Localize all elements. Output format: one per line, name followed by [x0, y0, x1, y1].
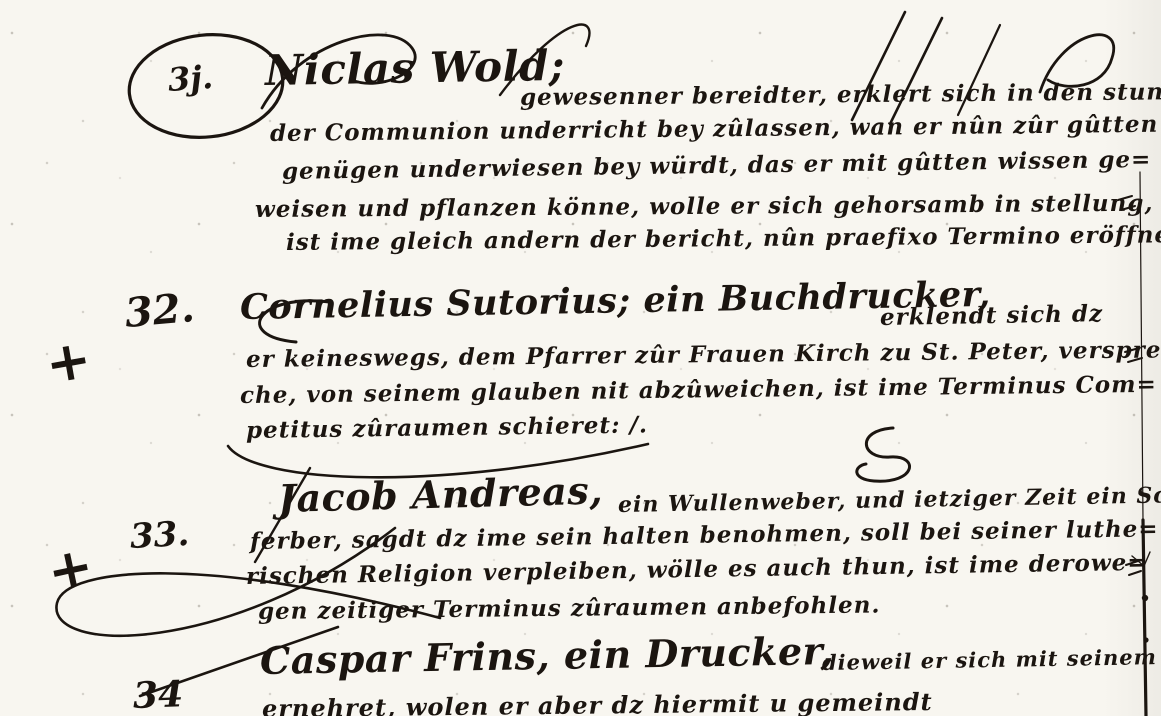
entry-34-line-1: dieweil er sich mit seinem Handwerck — [822, 644, 1161, 673]
entry-34-name: Caspar Frins, ein Drucker, — [260, 632, 835, 680]
entry-33-line-2: ferber, sagdt dz ime sein halten benohme… — [250, 517, 1159, 553]
flourish-glyph-8 — [857, 428, 910, 481]
entry-31-line-4: weisen und pflanzen könne, wolle er sich… — [255, 192, 1154, 221]
manuscript-page: 3j. Niclas Wold; gewesenner bereidter, e… — [0, 0, 1161, 716]
entry-33-name: Jacob Andreas, — [278, 471, 604, 517]
entry-32-line-2: er keineswegs, dem Pfarrer zûr Frauen Ki… — [246, 338, 1161, 371]
flourish-slash-31b — [890, 18, 942, 124]
entry-31-line-5: ist ime gleich andern der bericht, nûn p… — [286, 223, 1161, 254]
entry-33-line-3: rischen Religion verpleiben, wölle es au… — [246, 551, 1148, 588]
entry-33-line-4: gen zeitiger Terminus zûraumen anbefohle… — [258, 593, 881, 623]
entry-32-line-1: erklendt sich dz — [880, 302, 1103, 329]
entry-31-line-1: gewesenner bereidter, erklert sich in de… — [520, 79, 1161, 109]
entry-32-line-3: che, von seinem glauben nit abzûweichen,… — [240, 373, 1157, 407]
entry-34-number: 34 — [132, 676, 183, 714]
entry-31-line-2: der Communion underricht bey zûlassen, w… — [270, 113, 1159, 145]
entry-34-line-2: ernehret, wolen er aber dz hiermit u gem… — [262, 690, 933, 716]
crease-ink-blob-2 — [1143, 637, 1148, 642]
crease-ink-blob-1 — [1142, 595, 1148, 601]
entry-33-margin-cross: + — [42, 537, 97, 599]
entry-32-line-4: petitus zûraumen schieret: /. — [246, 413, 648, 442]
entry-32-number: 32. — [123, 288, 196, 334]
entry-31-number: 3j. — [167, 61, 214, 96]
entry-31-line-3: genügen underwiesen bey würdt, das er mi… — [282, 148, 1152, 183]
entry-33-number: 33. — [129, 517, 190, 554]
entry-33-line-1: ein Wullenweber, und ietziger Zeit ein S… — [618, 483, 1161, 516]
entry-32-name: Cornelius Sutorius; ein Buchdrucker, — [240, 277, 991, 325]
entry-32-margin-cross: + — [41, 331, 95, 392]
